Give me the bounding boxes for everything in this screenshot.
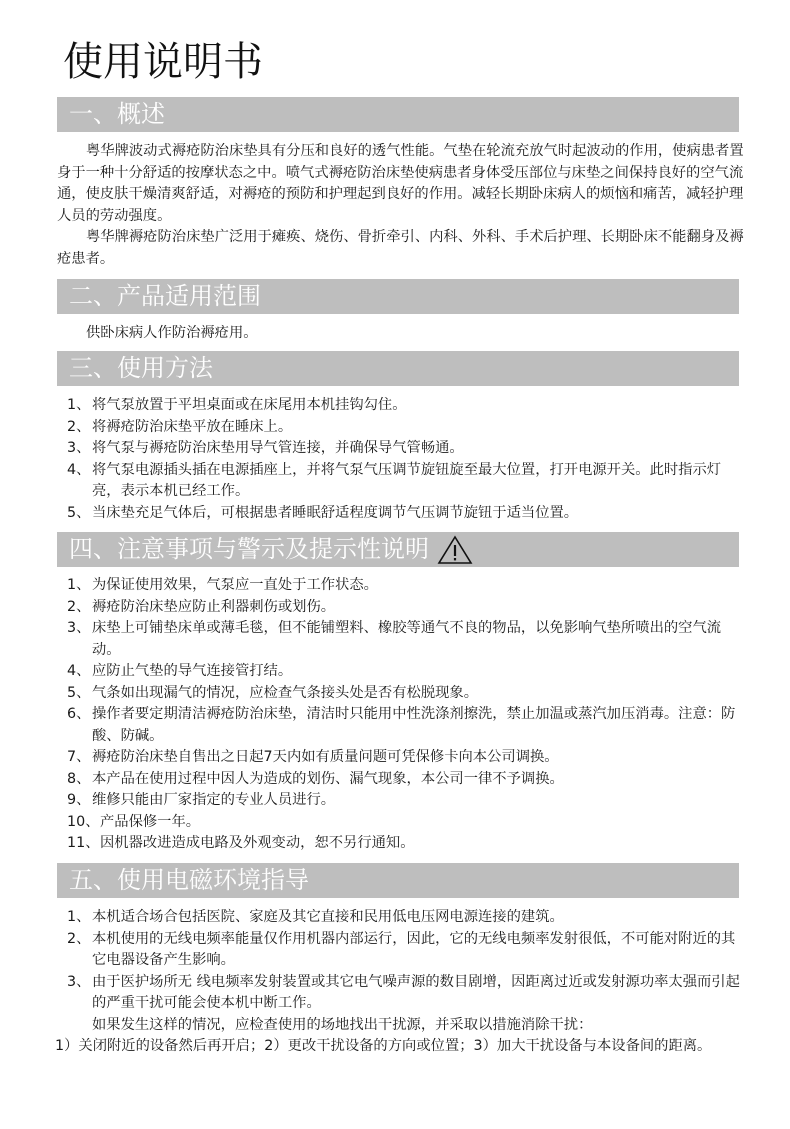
list-item: 1、将气泵放置于平坦桌面或在床尾用本机挂钩勾住。 bbox=[67, 395, 747, 417]
section-heading-text: 五、使用电磁环境指导 bbox=[69, 863, 309, 898]
list-item: 9、维修只能由厂家指定的专业人员进行。 bbox=[67, 790, 747, 812]
section-heading-emc-guidance: 五、使用电磁环境指导 bbox=[57, 863, 739, 898]
emc-guidance-list: 1、本机适合场合包括医院、家庭及其它直接和民用低电压网电源连接的建筑。 2、本机… bbox=[67, 907, 747, 1036]
list-item: 6、操作者要定期清洁褥疮防治床垫，清洁时只能用中性洗涤剂擦洗，禁止加温或蒸汽加压… bbox=[67, 704, 747, 747]
list-item: 7、褥疮防治床垫自售出之日起7天内如有质量问题可凭保修卡向本公司调换。 bbox=[67, 747, 747, 769]
list-item: 11、因机器改进造成电路及外观变动，恕不另行通知。 bbox=[67, 833, 747, 855]
scope-paragraph: 供卧床病人作防治褥疮用。 bbox=[57, 323, 747, 345]
list-item: 1、本机适合场合包括医院、家庭及其它直接和民用低电压网电源连接的建筑。 bbox=[67, 907, 747, 929]
list-item: 4、应防止气垫的导气连接管打结。 bbox=[67, 661, 747, 683]
section-heading-scope: 二、产品适用范围 bbox=[57, 279, 739, 314]
list-item: 5、气条如出现漏气的情况，应检查气条接头处是否有松脱现象。 bbox=[67, 683, 747, 705]
list-item: 2、褥疮防治床垫应防止利器刺伤或划伤。 bbox=[67, 597, 747, 619]
list-item: 4、将气泵电源插头插在电源插座上，并将气泵气压调节旋钮旋至最大位置，打开电源开关… bbox=[67, 460, 747, 503]
list-item: 2、将褥疮防治床垫平放在睡床上。 bbox=[67, 417, 747, 439]
list-item: 3、将气泵与褥疮防治床垫用导气管连接，并确保导气管畅通。 bbox=[67, 438, 747, 460]
emc-note: 如果发生这样的情况，应检查使用的场地找出干扰源，并采取以措施消除干扰： bbox=[67, 1015, 747, 1037]
section-heading-text: 二、产品适用范围 bbox=[69, 279, 261, 314]
list-item: 3、床垫上可铺垫床单或薄毛毯，但不能铺塑料、橡胶等通气不良的物品，以免影响气垫所… bbox=[67, 618, 747, 661]
section-heading-overview: 一、概述 bbox=[57, 97, 739, 132]
instruction-manual-page: 使用说明书 一、概述 粤华牌波动式褥疮防治床垫具有分压和良好的透气性能。气垫在轮… bbox=[0, 0, 790, 1129]
overview-text: 粤华牌波动式褥疮防治床垫具有分压和良好的透气性能。气垫在轮流充放气时起波动的作用… bbox=[57, 141, 747, 270]
scope-text: 供卧床病人作防治褥疮用。 bbox=[57, 323, 747, 345]
list-item: 5、当床垫充足气体后，可根据患者睡眠舒适程度调节气压调节旋钮于适当位置。 bbox=[67, 503, 747, 525]
section-heading-text: 三、使用方法 bbox=[69, 351, 213, 386]
section-heading-precautions: 四、注意事项与警示及提示性说明 bbox=[57, 532, 739, 567]
section-heading-text: 一、概述 bbox=[69, 97, 165, 132]
overview-paragraph-1: 粤华牌波动式褥疮防治床垫具有分压和良好的透气性能。气垫在轮流充放气时起波动的作用… bbox=[57, 141, 747, 227]
list-item: 10、产品保修一年。 bbox=[67, 812, 747, 834]
interference-measures: 1）关闭附近的设备然后再开启；2）更改干扰设备的方向或位置；3）加大干扰设备与本… bbox=[55, 1036, 790, 1058]
list-item: 1、为保证使用效果，气泵应一直处于工作状态。 bbox=[67, 575, 747, 597]
document-title: 使用说明书 bbox=[63, 36, 263, 88]
list-item: 2、本机使用的无线电频率能量仅作用机器内部运行，因此，它的无线电频率发射很低，不… bbox=[67, 929, 747, 972]
warning-triangle-icon bbox=[437, 535, 473, 565]
list-item: 8、本产品在使用过程中因人为造成的划伤、漏气现象，本公司一律不予调换。 bbox=[67, 769, 747, 791]
section-heading-text: 四、注意事项与警示及提示性说明 bbox=[69, 532, 429, 567]
precautions-list: 1、为保证使用效果，气泵应一直处于工作状态。 2、褥疮防治床垫应防止利器刺伤或划… bbox=[67, 575, 747, 855]
list-item: 3、由于医护场所无 线电频率发射装置或其它电气噪声源的数目剧增，因距离过近或发射… bbox=[67, 972, 747, 1015]
usage-steps-list: 1、将气泵放置于平坦桌面或在床尾用本机挂钩勾住。 2、将褥疮防治床垫平放在睡床上… bbox=[67, 395, 747, 524]
section-heading-usage: 三、使用方法 bbox=[57, 351, 739, 386]
overview-paragraph-2: 粤华牌褥疮防治床垫广泛用于瘫痪、烧伤、骨折牵引、内科、外科、手术后护理、长期卧床… bbox=[57, 227, 747, 270]
